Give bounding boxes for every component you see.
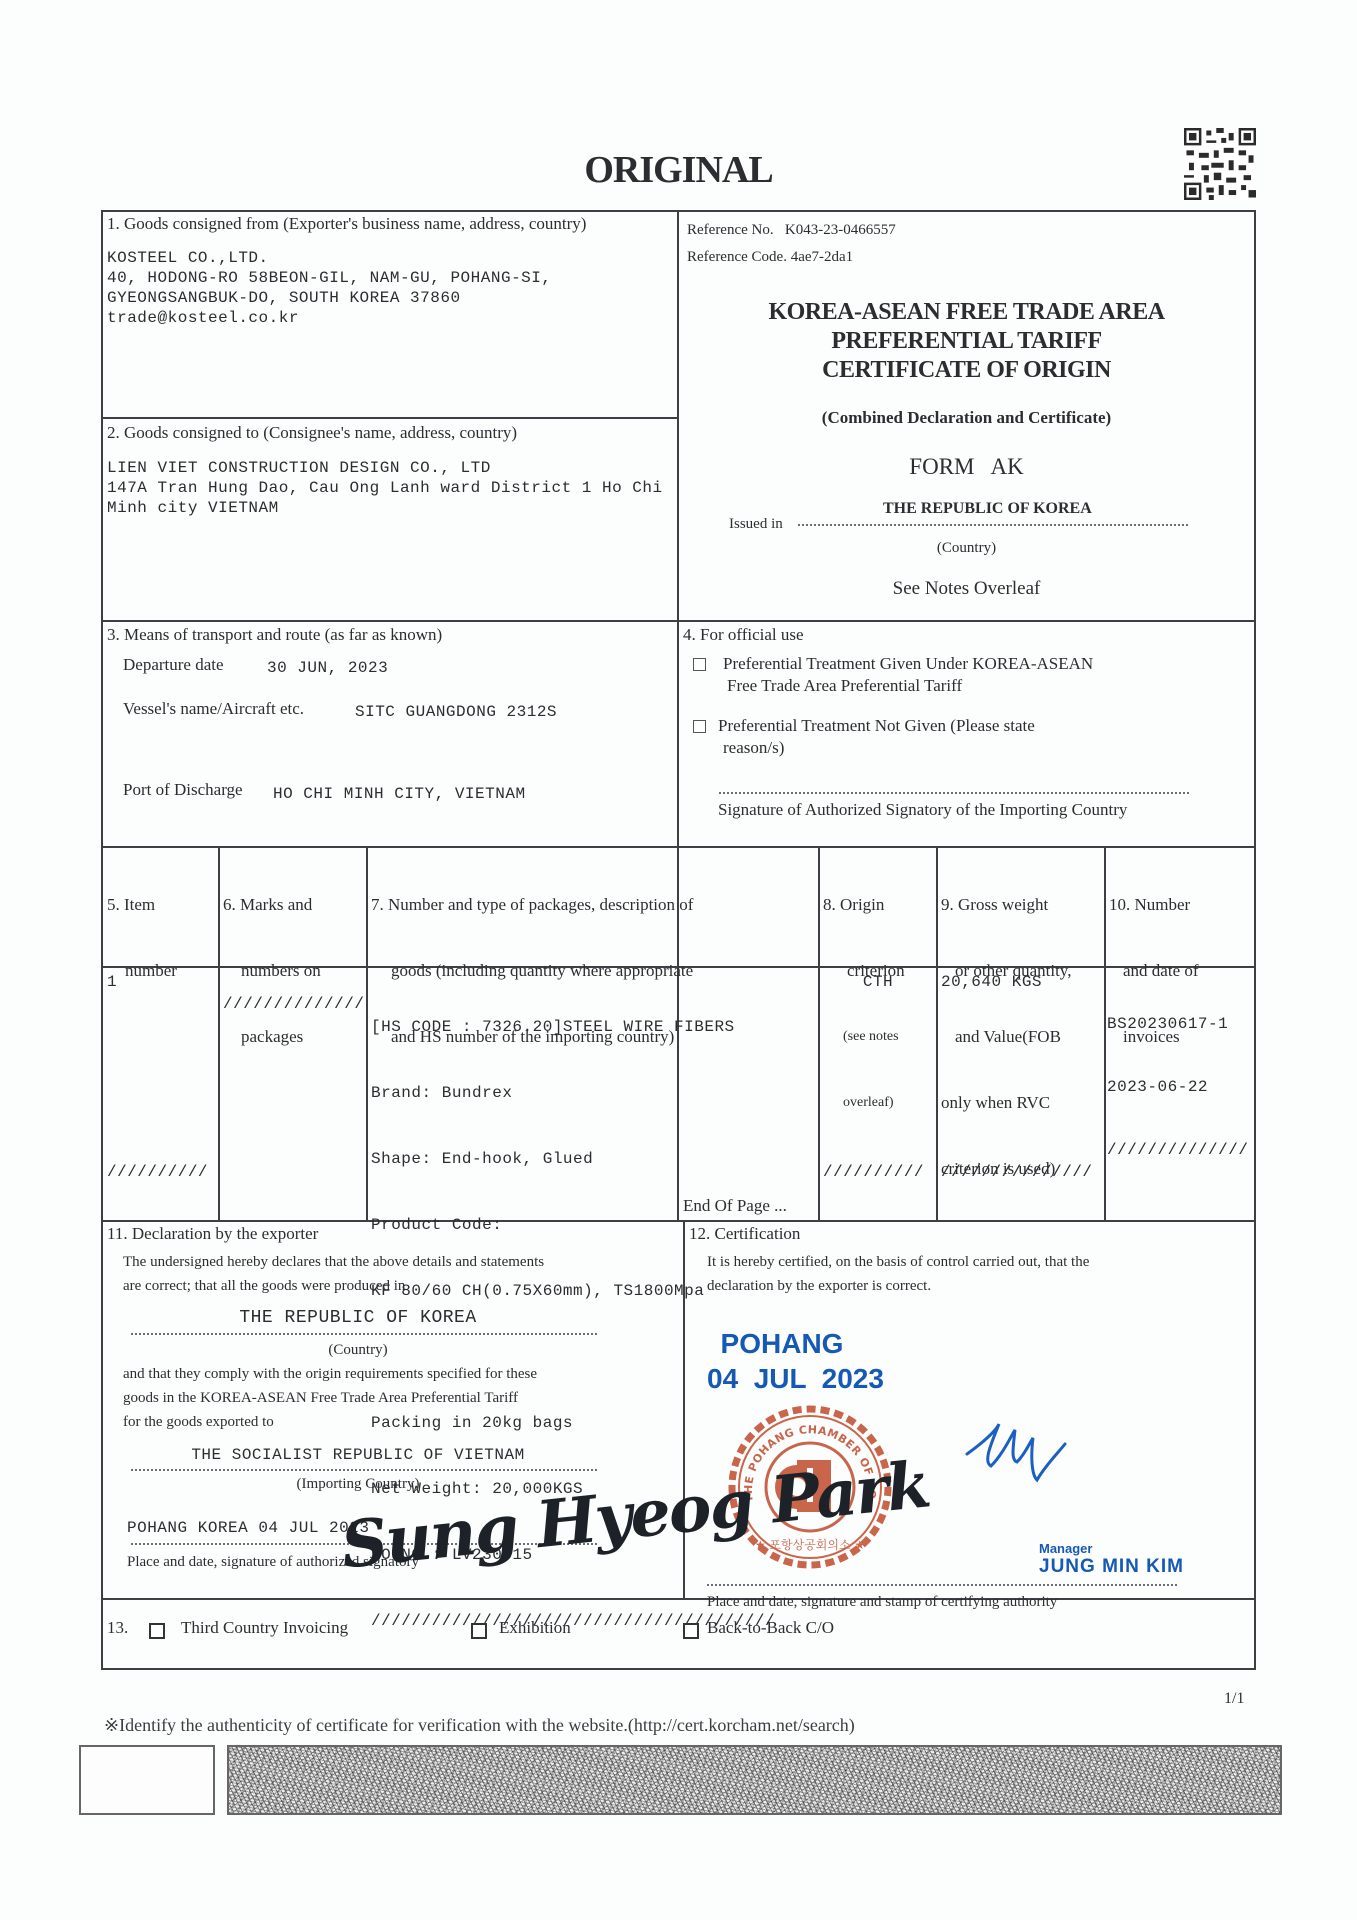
- reference-no: Reference No. K043-23-0466557: [687, 220, 896, 240]
- divider: [936, 846, 938, 1220]
- declaration-text-2: and that they comply with the origin req…: [123, 1362, 537, 1434]
- signer-title: Manager: [1039, 1542, 1092, 1556]
- divider: [366, 846, 368, 1220]
- box4-label: 4. For official use: [683, 625, 804, 645]
- exhibition-checkbox[interactable]: [471, 1623, 487, 1639]
- exhibition-label: Exhibition: [499, 1618, 571, 1638]
- produced-in-dotline: [131, 1333, 597, 1335]
- consignee-address-line1: 147A Tran Hung Dao, Cau Ong Lanh ward Di…: [107, 478, 663, 498]
- form-name: FORM AK: [679, 454, 1254, 480]
- svg-text:★ 포항상공회의소 ★: ★ 포항상공회의소 ★: [755, 1537, 865, 1552]
- produced-in-caption: (Country): [123, 1340, 593, 1360]
- declaration-text: The undersigned hereby declares that the…: [123, 1250, 544, 1298]
- certification-text: It is hereby certified, on the basis of …: [707, 1250, 1089, 1298]
- port-value: HO CHI MINH CITY, VIETNAM: [273, 784, 526, 804]
- invoice-date: 2023-06-22: [1107, 1077, 1248, 1098]
- certifier-dotline: [707, 1584, 1177, 1586]
- third-country-invoicing-label: Third Country Invoicing: [181, 1618, 348, 1638]
- vessel-label: Vessel's name/Aircraft etc.: [123, 699, 304, 719]
- security-pattern-barcode: [227, 1745, 1282, 1815]
- divider: [818, 846, 820, 1220]
- see-notes: See Notes Overleaf: [679, 578, 1254, 600]
- certifier-caption: Place and date, signature and stamp of c…: [707, 1592, 1057, 1612]
- gross-weight: 20,640 KGS: [941, 972, 1042, 992]
- importing-signature-caption: Signature of Authorized Signatory of the…: [718, 800, 1127, 820]
- signer-name: JUNG MIN KIM: [1039, 1556, 1184, 1578]
- issued-in-dotline: [798, 524, 1188, 526]
- preferential-given-line1: Preferential Treatment Given Under KOREA…: [723, 654, 1093, 674]
- exporter-address-line2: GYEONGSANGBUK-DO, SOUTH KOREA 37860: [107, 288, 551, 308]
- box1-label: 1. Goods consigned from (Exporter's busi…: [107, 214, 586, 234]
- stamp-city: POHANG: [707, 1327, 857, 1361]
- stamp-date: 04 JUL 2023: [707, 1362, 884, 1396]
- certificate-heading: KOREA-ASEAN FREE TRADE AREA PREFERENTIAL…: [679, 298, 1254, 385]
- exporter-details: KOSTEEL CO.,LTD. 40, HODONG-RO 58BEON-GI…: [107, 248, 551, 328]
- exporter-address-line1: 40, HODONG-RO 58BEON-GIL, NAM-GU, POHANG…: [107, 268, 551, 288]
- box12-label: 12. Certification: [689, 1224, 800, 1244]
- divider: [1104, 846, 1106, 1220]
- exporter-email: trade@kosteel.co.kr: [107, 308, 551, 328]
- box13-label: 13.: [107, 1618, 128, 1638]
- preferential-not-given-checkbox[interactable]: [693, 720, 706, 733]
- origin-terminator: //////////: [823, 1162, 924, 1182]
- col-origin-header: 8. Origin criterion (see notes overleaf): [823, 850, 905, 1158]
- box3-label: 3. Means of transport and route (as far …: [107, 625, 442, 645]
- origin-criterion: CTH: [820, 972, 936, 992]
- divider: [103, 846, 1254, 848]
- issued-in-label: Issued in: [729, 514, 783, 534]
- departure-date-value: 30 JUN, 2023: [267, 658, 388, 678]
- reference-code: Reference Code. 4ae7-2da1: [687, 247, 853, 267]
- importing-country: THE SOCIALIST REPUBLIC OF VIETNAM: [123, 1446, 593, 1464]
- country-caption: (Country): [679, 538, 1254, 558]
- importing-country-dotline: [131, 1469, 597, 1471]
- divider: [103, 417, 677, 419]
- consignee-address-line2: Minh city VIETNAM: [107, 498, 663, 518]
- preferential-given-line2: Free Trade Area Preferential Tariff: [727, 676, 962, 696]
- verification-note: ※Identify the authenticity of certificat…: [104, 1715, 855, 1736]
- invoice-terminator: //////////////: [1107, 1140, 1248, 1161]
- col-marks-header: 6. Marks and numbers on packages: [223, 850, 321, 1092]
- preferential-not-given-line1: Preferential Treatment Not Given (Please…: [718, 716, 1035, 736]
- port-label: Port of Discharge: [123, 780, 243, 800]
- certifier-signature: [961, 1414, 1071, 1494]
- invoice-details: BS20230617-1 2023-06-22 //////////////: [1107, 972, 1248, 1203]
- item-number-terminator: //////////: [107, 1162, 208, 1182]
- reference-no-value: K043-23-0466557: [785, 222, 896, 238]
- vessel-value: SITC GUANGDONG 2312S: [355, 702, 557, 722]
- end-of-page: End Of Page ...: [683, 1196, 787, 1216]
- preferential-not-given-line2: reason/s): [723, 738, 784, 758]
- divider: [218, 846, 220, 1220]
- weight-terminator: ///////////////: [941, 1162, 1093, 1182]
- invoice-number: BS20230617-1: [1107, 1014, 1248, 1035]
- certificate-subtitle: (Combined Declaration and Certificate): [679, 408, 1254, 428]
- third-country-invoicing-checkbox[interactable]: [149, 1623, 165, 1639]
- document-title: ORIGINAL: [0, 148, 1357, 192]
- col-item-number-header: 5. Item number: [107, 850, 177, 1026]
- box11-label: 11. Declaration by the exporter: [107, 1224, 318, 1244]
- divider: [103, 620, 1254, 622]
- departure-date-label: Departure date: [123, 655, 224, 675]
- qr-code-icon[interactable]: [1184, 128, 1256, 200]
- importing-signature-line: [719, 792, 1189, 794]
- box2-label: 2. Goods consigned to (Consignee's name,…: [107, 423, 517, 443]
- preferential-given-checkbox[interactable]: [693, 658, 706, 671]
- exporter-name: KOSTEEL CO.,LTD.: [107, 248, 551, 268]
- page-number: 1/1: [1224, 1690, 1244, 1708]
- consignee-details: LIEN VIET CONSTRUCTION DESIGN CO., LTD 1…: [107, 458, 663, 518]
- back-to-back-label: Back-to-Back C/O: [707, 1618, 834, 1638]
- marks-value: //////////////: [223, 994, 364, 1014]
- security-blank-box: [79, 1745, 215, 1815]
- issued-in-country: THE REPUBLIC OF KOREA: [883, 500, 1092, 518]
- produced-in-country: THE REPUBLIC OF KOREA: [123, 1308, 593, 1328]
- reference-code-value: 4ae7-2da1: [791, 249, 853, 265]
- item-number: 1: [107, 972, 117, 992]
- back-to-back-checkbox[interactable]: [683, 1623, 699, 1639]
- consignee-name: LIEN VIET CONSTRUCTION DESIGN CO., LTD: [107, 458, 663, 478]
- exporter-place-date: POHANG KOREA 04 JUL 2023: [127, 1518, 369, 1538]
- certificate-form: 1. Goods consigned from (Exporter's busi…: [101, 210, 1256, 1670]
